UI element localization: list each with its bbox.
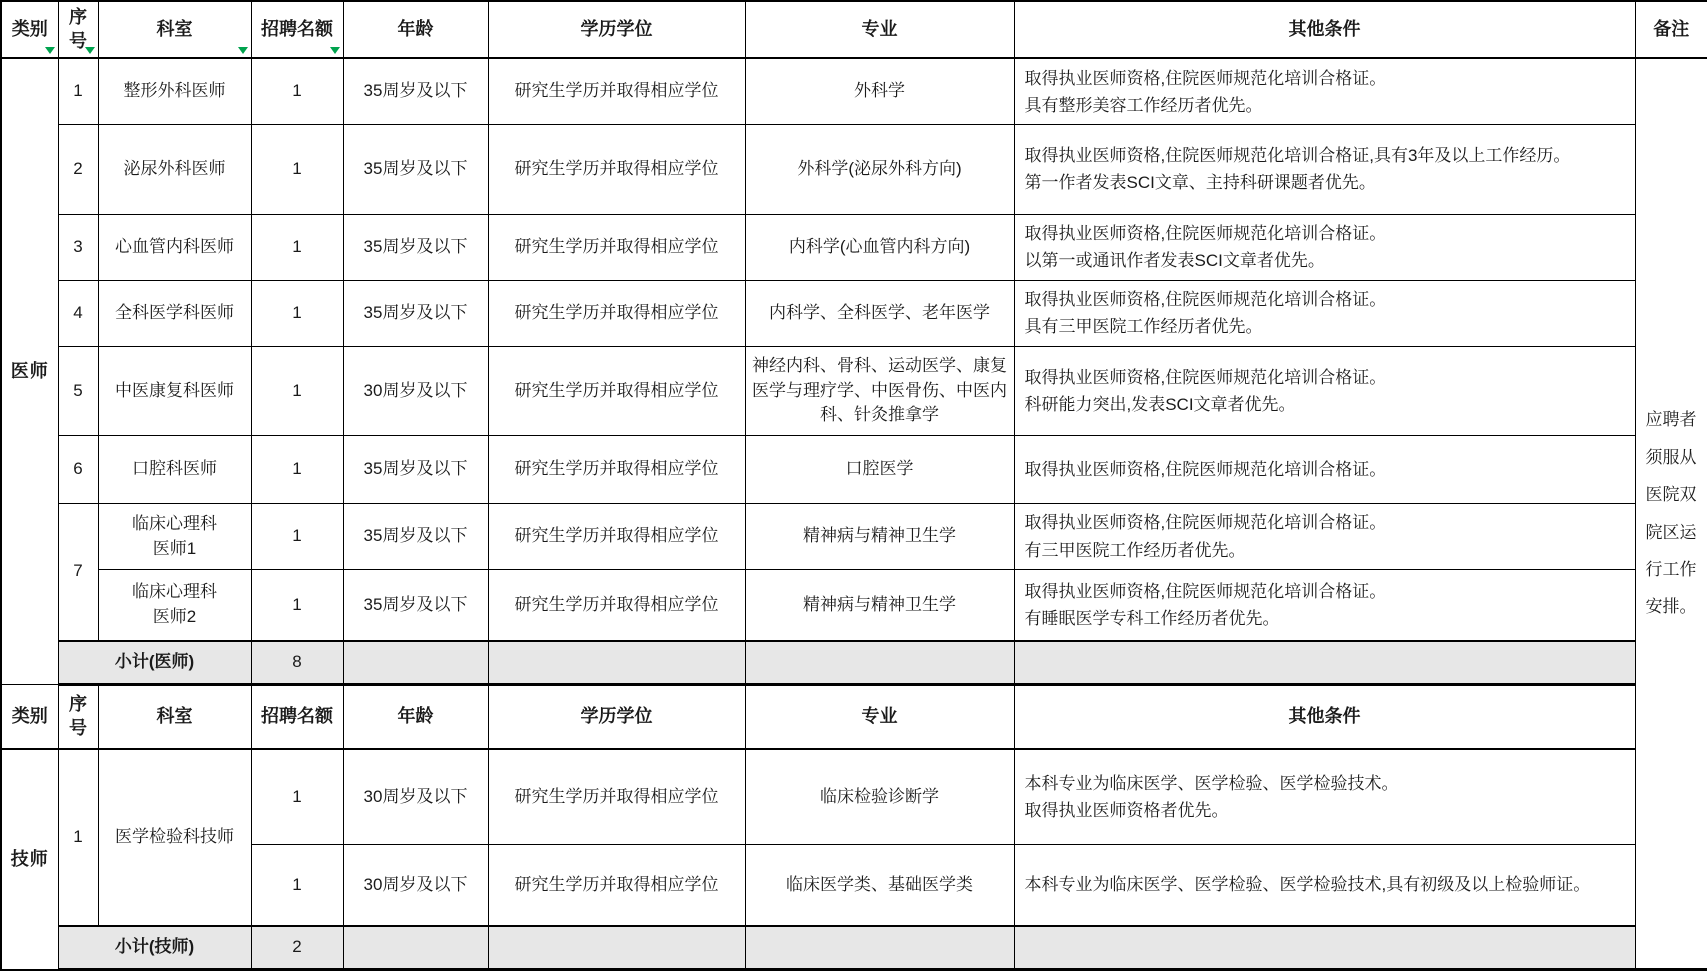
subtotal-empty-cell (488, 641, 745, 685)
filter-dropdown-icon[interactable] (85, 47, 95, 54)
table-row: 4 全科医学科医师 1 35周岁及以下 研究生学历并取得相应学位 内科学、全科医… (1, 280, 1707, 346)
major-cell: 内科学(心血管内科方向) (745, 214, 1014, 280)
quota-cell: 1 (251, 845, 343, 926)
dept-cell: 全科医学科医师 (98, 280, 251, 346)
table-row: 7 临床心理科 医师1 1 35周岁及以下 研究生学历并取得相应学位 精神病与精… (1, 503, 1707, 570)
age-cell: 35周岁及以下 (343, 125, 488, 215)
age-cell: 35周岁及以下 (343, 58, 488, 124)
subtotal-empty-cell (343, 641, 488, 685)
quota-cell: 1 (251, 570, 343, 641)
major-cell: 临床医学类、基础医学类 (745, 845, 1014, 926)
degree-cell: 研究生学历并取得相应学位 (488, 436, 745, 504)
header-degree: 学历学位 (488, 1, 745, 58)
other-cell: 取得执业医师资格,住院医师规范化培训合格证。 以第一或通讯作者发表SCI文章者优… (1014, 214, 1635, 280)
quota-cell: 1 (251, 125, 343, 215)
major-cell: 口腔医学 (745, 436, 1014, 504)
subtotal-empty-cell (488, 926, 745, 970)
subtotal-label: 小计(技师) (58, 926, 251, 970)
header-no-label: 序号 (69, 7, 87, 50)
no-cell: 6 (58, 436, 98, 504)
quota-cell: 1 (251, 503, 343, 570)
category-cell-doctor: 医师 (1, 58, 58, 684)
header-dept-label: 科室 (157, 19, 193, 39)
table-row: 5 中医康复科医师 1 30周岁及以下 研究生学历并取得相应学位 神经内科、骨科… (1, 346, 1707, 436)
other-cell: 取得执业医师资格,住院医师规范化培训合格证。 具有三甲医院工作经历者优先。 (1014, 280, 1635, 346)
other-cell: 取得执业医师资格,住院医师规范化培训合格证。 有三甲医院工作经历者优先。 (1014, 503, 1635, 570)
degree-cell: 研究生学历并取得相应学位 (488, 845, 745, 926)
header-quota: 招聘名额 (251, 1, 343, 58)
subtotal-label: 小计(医师) (58, 641, 251, 685)
quota-cell: 1 (251, 280, 343, 346)
header-no: 序号 (58, 1, 98, 58)
header-no: 序号 (58, 684, 98, 749)
header-major: 专业 (745, 1, 1014, 58)
header-degree: 学历学位 (488, 684, 745, 749)
degree-cell: 研究生学历并取得相应学位 (488, 125, 745, 215)
major-cell: 临床检验诊断学 (745, 749, 1014, 845)
degree-cell: 研究生学历并取得相应学位 (488, 749, 745, 845)
subtotal-value: 2 (251, 926, 343, 970)
dept-cell: 临床心理科 医师1 (98, 503, 251, 570)
header-age: 年龄 (343, 1, 488, 58)
quota-cell: 1 (251, 749, 343, 845)
age-cell: 30周岁及以下 (343, 346, 488, 436)
table-row: 3 心血管内科医师 1 35周岁及以下 研究生学历并取得相应学位 内科学(心血管… (1, 214, 1707, 280)
table-row: 技师 1 医学检验科技师 1 30周岁及以下 研究生学历并取得相应学位 临床检验… (1, 749, 1707, 845)
age-cell: 30周岁及以下 (343, 845, 488, 926)
other-cell: 取得执业医师资格,住院医师规范化培训合格证。 (1014, 436, 1635, 504)
dept-cell: 整形外科医师 (98, 58, 251, 124)
no-cell: 5 (58, 346, 98, 436)
table-header-row-2: 类别 序号 科室 招聘名额 年龄 学历学位 专业 其他条件 (1, 684, 1707, 749)
major-cell: 精神病与精神卫生学 (745, 570, 1014, 641)
filter-dropdown-icon[interactable] (330, 47, 340, 54)
dept-cell: 临床心理科 医师2 (98, 570, 251, 641)
major-cell: 内科学、全科医学、老年医学 (745, 280, 1014, 346)
subtotal-empty-cell (343, 926, 488, 970)
quota-cell: 1 (251, 58, 343, 124)
age-cell: 35周岁及以下 (343, 503, 488, 570)
header-age: 年龄 (343, 684, 488, 749)
other-cell: 取得执业医师资格,住院医师规范化培训合格证。 有睡眠医学专科工作经历者优先。 (1014, 570, 1635, 641)
major-cell: 外科学(泌尿外科方向) (745, 125, 1014, 215)
age-cell: 35周岁及以下 (343, 570, 488, 641)
recruitment-table: 类别 序号 科室 招聘名额 年龄 学历学位 专业 其他条件 备注 医师 1 整形… (0, 0, 1707, 971)
degree-cell: 研究生学历并取得相应学位 (488, 503, 745, 570)
header-quota: 招聘名额 (251, 684, 343, 749)
subtotal-value: 8 (251, 641, 343, 685)
subtotal-empty-cell (1014, 641, 1635, 685)
header-category: 类别 (1, 684, 58, 749)
dept-cell: 泌尿外科医师 (98, 125, 251, 215)
dept-cell: 中医康复科医师 (98, 346, 251, 436)
header-dept: 科室 (98, 1, 251, 58)
filter-dropdown-icon[interactable] (45, 47, 55, 54)
quota-cell: 1 (251, 346, 343, 436)
other-cell: 取得执业医师资格,住院医师规范化培训合格证。 科研能力突出,发表SCI文章者优先… (1014, 346, 1635, 436)
no-cell: 4 (58, 280, 98, 346)
subtotal-row-doctor: 小计(医师) 8 (1, 641, 1707, 685)
table-row: 6 口腔科医师 1 35周岁及以下 研究生学历并取得相应学位 口腔医学 取得执业… (1, 436, 1707, 504)
table-row: 2 泌尿外科医师 1 35周岁及以下 研究生学历并取得相应学位 外科学(泌尿外科… (1, 125, 1707, 215)
category-cell-tech: 技师 (1, 749, 58, 970)
header-other: 其他条件 (1014, 1, 1635, 58)
subtotal-row-tech: 小计(技师) 2 (1, 926, 1707, 970)
table-row: 医师 1 整形外科医师 1 35周岁及以下 研究生学历并取得相应学位 外科学 取… (1, 58, 1707, 124)
header-category-label: 类别 (12, 19, 48, 39)
major-cell: 精神病与精神卫生学 (745, 503, 1014, 570)
header-major: 专业 (745, 684, 1014, 749)
subtotal-empty-cell (745, 926, 1014, 970)
no-cell: 3 (58, 214, 98, 280)
table-header-row: 类别 序号 科室 招聘名额 年龄 学历学位 专业 其他条件 备注 (1, 1, 1707, 58)
header-quota-label: 招聘名额 (261, 19, 333, 39)
age-cell: 35周岁及以下 (343, 436, 488, 504)
age-cell: 35周岁及以下 (343, 214, 488, 280)
degree-cell: 研究生学历并取得相应学位 (488, 214, 745, 280)
quota-cell: 1 (251, 214, 343, 280)
other-cell: 取得执业医师资格,住院医师规范化培训合格证。 具有整形美容工作经历者优先。 (1014, 58, 1635, 124)
table-row: 临床心理科 医师2 1 35周岁及以下 研究生学历并取得相应学位 精神病与精神卫… (1, 570, 1707, 641)
header-category: 类别 (1, 1, 58, 58)
dept-cell: 医学检验科技师 (98, 749, 251, 926)
header-remark: 备注 (1635, 1, 1707, 58)
major-cell: 神经内科、骨科、运动医学、康复医学与理疗学、中医骨伤、中医内科、针灸推拿学 (745, 346, 1014, 436)
dept-cell: 心血管内科医师 (98, 214, 251, 280)
degree-cell: 研究生学历并取得相应学位 (488, 570, 745, 641)
subtotal-empty-cell (745, 641, 1014, 685)
other-cell: 取得执业医师资格,住院医师规范化培训合格证,具有3年及以上工作经历。 第一作者发… (1014, 125, 1635, 215)
header-other: 其他条件 (1014, 684, 1635, 749)
no-cell: 1 (58, 749, 98, 926)
no-cell: 2 (58, 125, 98, 215)
degree-cell: 研究生学历并取得相应学位 (488, 58, 745, 124)
no-cell: 7 (58, 503, 98, 640)
age-cell: 35周岁及以下 (343, 280, 488, 346)
degree-cell: 研究生学历并取得相应学位 (488, 280, 745, 346)
quota-cell: 1 (251, 436, 343, 504)
subtotal-empty-cell (1014, 926, 1635, 970)
remark-cell: 应聘者须服从医院双院区运行工作安排。 (1635, 58, 1707, 969)
dept-cell: 口腔科医师 (98, 436, 251, 504)
table-row: 1 30周岁及以下 研究生学历并取得相应学位 临床医学类、基础医学类 本科专业为… (1, 845, 1707, 926)
no-cell: 1 (58, 58, 98, 124)
filter-dropdown-icon[interactable] (238, 47, 248, 54)
other-cell: 本科专业为临床医学、医学检验、医学检验技术。 取得执业医师资格者优先。 (1014, 749, 1635, 845)
other-cell: 本科专业为临床医学、医学检验、医学检验技术,具有初级及以上检验师证。 (1014, 845, 1635, 926)
age-cell: 30周岁及以下 (343, 749, 488, 845)
header-dept: 科室 (98, 684, 251, 749)
degree-cell: 研究生学历并取得相应学位 (488, 346, 745, 436)
major-cell: 外科学 (745, 58, 1014, 124)
